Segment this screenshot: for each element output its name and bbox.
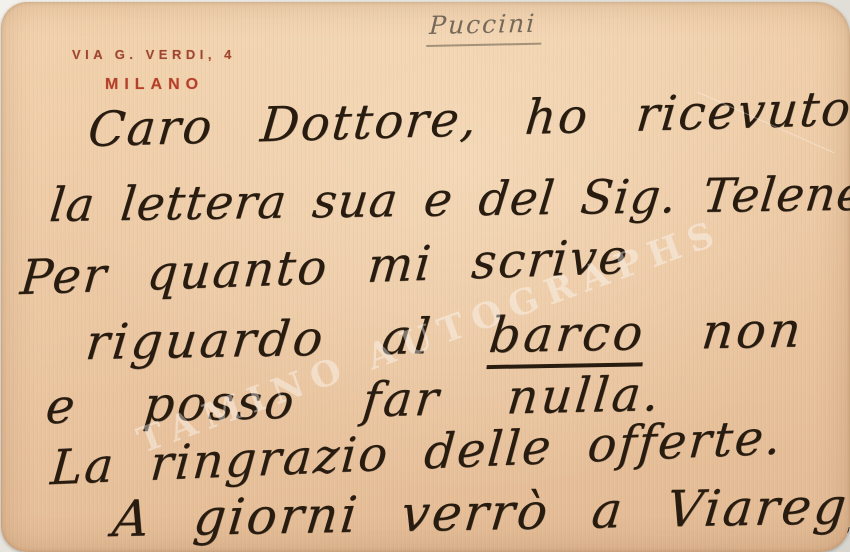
line4-underlined-word: barco: [486, 304, 648, 369]
handwritten-line-4: riguardo al barco non: [83, 301, 807, 371]
letterhead-address: VIA G. VERDI, 4: [72, 47, 236, 62]
handwritten-line-3: Per quanto mi scrive: [18, 229, 631, 306]
letterhead-city: MILANO: [105, 76, 204, 94]
line4-pre-text: riguardo al: [83, 307, 493, 371]
letter-card: VIA G. VERDI, 4 MILANO Puccini Caro Dott…: [1, 2, 850, 552]
handwritten-line-2: la lettera sua e del Sig. Telene: [47, 167, 850, 233]
pencil-annotation: Puccini: [426, 9, 543, 47]
line4-post-text: non: [642, 301, 806, 361]
scan-background: VIA G. VERDI, 4 MILANO Puccini Caro Dott…: [0, 0, 850, 552]
